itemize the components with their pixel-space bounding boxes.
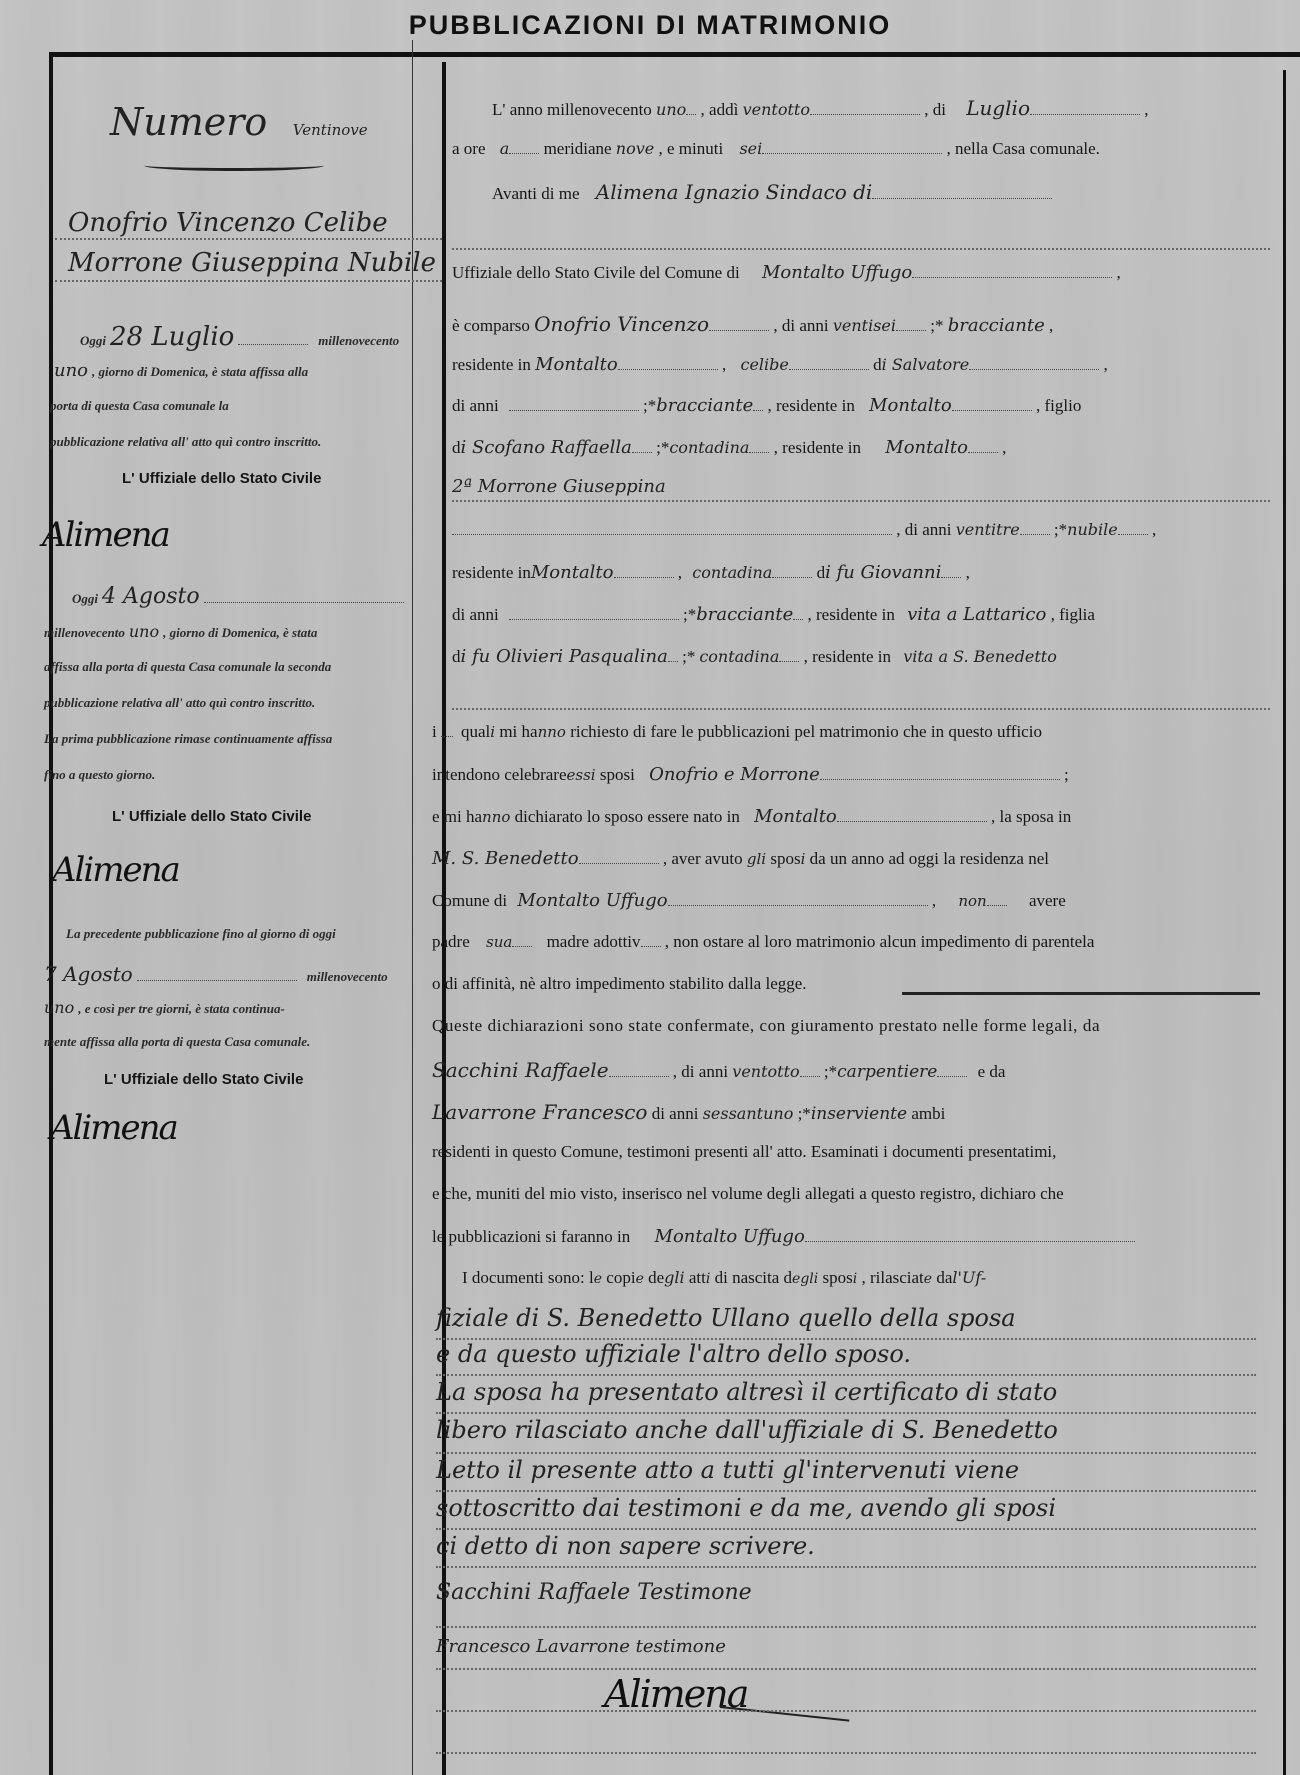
millenovecento-label: millenovecento: [307, 969, 388, 984]
right-border: [1283, 70, 1286, 1775]
row-date: L' anno millenovecento uno , addì ventot…: [492, 96, 1149, 120]
father-profession: bracciante: [656, 395, 753, 416]
bride-birthplace: M. S. Benedetto: [432, 848, 579, 869]
dotted-rule: [436, 1528, 1256, 1530]
comparso-label: è comparso: [452, 316, 530, 335]
handwritten-fill: e: [636, 1271, 644, 1287]
handwritten-fill: i: [706, 1271, 710, 1287]
row-groom-mother: di Scofano Raffaella ;*contadina , resid…: [452, 437, 1006, 458]
comune-value: Montalto Uffugo: [762, 262, 912, 283]
row-publications-place: le pubblicazioni si faranno in Montalto …: [432, 1226, 1135, 1247]
margin-line: [412, 40, 413, 1775]
dotted-rule: [436, 1710, 1256, 1712]
ore-label: a ore: [452, 139, 486, 158]
posting-text: , giorno di Domenica, è stata: [163, 625, 317, 640]
row-groom: è comparso Onofrio Vincenzo , di anni ve…: [452, 312, 1053, 336]
minutes-value: sei: [739, 139, 762, 158]
father-residence: Montalto: [869, 395, 952, 416]
dotted-rule: [436, 1668, 1256, 1670]
row-time: a ore a meridiane nove , e minuti sei , …: [452, 139, 1100, 159]
di-label: d: [452, 647, 461, 666]
row-avanti: Avanti di me Alimena Ignazio Sindaco di: [492, 180, 1052, 204]
publications-place: Montalto Uffugo: [655, 1226, 805, 1247]
witness-1-age: ventotto: [732, 1062, 799, 1081]
oggi-label: Oggi: [80, 333, 106, 348]
groom-profession: bracciante: [948, 315, 1045, 336]
minuti-label: , e minuti: [658, 139, 723, 158]
di-label: d: [873, 355, 882, 374]
row-residence-year: M. S. Benedetto , aver avuto gli sposi d…: [432, 848, 1049, 869]
meridiane-label: meridiane: [544, 139, 612, 158]
bride-name-value: 2ª Morrone Giuseppina: [452, 476, 666, 497]
numero-value: Ventinove: [293, 121, 368, 139]
bride-father: i fu Giovanni: [825, 562, 941, 583]
bride-mother-profession: contadina: [699, 647, 779, 666]
dotted-rule: [436, 1452, 1256, 1454]
punctuation: ,: [1116, 263, 1120, 282]
row-comune: Uffiziale dello Stato Civile del Comune …: [452, 262, 1121, 283]
left-border: [49, 52, 53, 1775]
row-documents: I documenti sono: le copie degli atti di…: [462, 1268, 986, 1288]
officer-label: L' Uffiziale dello Stato Civile: [122, 470, 321, 487]
comune-label: Uffiziale dello Stato Civile del Comune …: [452, 263, 740, 282]
witness-2-profession: inserviente: [811, 1104, 907, 1124]
row-affinity: o di affinità, nè altro impedimento stab…: [432, 974, 807, 994]
groom-name: Onofrio Vincenzo Celibe: [68, 208, 388, 238]
residente-label: , residente in: [807, 605, 894, 624]
final-posting-date: 7 Agosto: [44, 962, 133, 986]
posting-text: affissa alla porta di questa Casa comuna…: [44, 659, 331, 675]
officiant-name: Alimena Ignazio Sindaco di: [596, 180, 873, 204]
ore-value: a: [500, 139, 510, 158]
posting-text: fino a questo giorno.: [44, 767, 155, 783]
row-intend: intendono celebrareessi sposi Onofrio e …: [432, 764, 1069, 785]
figlio-label: , figlio: [1036, 396, 1081, 415]
hour-value: nove: [616, 139, 654, 158]
handwritten-fill: egli: [792, 1271, 818, 1287]
witness-1-signature: Sacchini Raffaele Testimone: [436, 1580, 752, 1605]
officer-label: L' Uffiziale dello Stato Civile: [112, 808, 311, 825]
mother-profession: contadina: [669, 438, 749, 457]
bride-name: Morrone Giuseppina Nubile: [68, 248, 436, 278]
handwritten-fill: i: [853, 1271, 857, 1287]
posting-text: , e così per tre giorni, è stata continu…: [78, 1001, 285, 1016]
residente-label: residente in: [452, 563, 531, 582]
second-posting-date: 4 Agosto: [102, 584, 200, 609]
anni-label: , di anni: [896, 520, 951, 539]
dotted-rule: [55, 238, 442, 240]
casa-comunale-label: , nella Casa comunale.: [946, 139, 1099, 158]
punctuation: ,: [1049, 316, 1053, 335]
dotted-rule: [436, 1752, 1256, 1754]
row-bride-residence: residente inMontalto , contadina di fu G…: [452, 562, 970, 583]
officer-signature: Alimena: [50, 1108, 177, 1148]
dotted-rule: [436, 1566, 1256, 1568]
residente-label: , residente in: [804, 647, 891, 666]
row-groom-residence: residente in Montalto , celibe di Salvat…: [452, 354, 1108, 375]
bride-mother-residence: vita a S. Benedetto: [903, 647, 1057, 666]
handwritten-fill: gli: [664, 1268, 684, 1287]
groom-residence: Montalto: [535, 354, 618, 375]
anni-label: , di anni: [773, 316, 828, 335]
closing-rule: [902, 992, 1260, 995]
dotted-rule: [55, 280, 442, 282]
handwritten-line: fiziale di S. Benedetto Ullano quello de…: [436, 1304, 1016, 1332]
dotted-rule: [436, 1626, 1256, 1628]
anno-value: uno: [656, 100, 686, 119]
row-declarations: Queste dichiarazioni sono state conferma…: [432, 1016, 1100, 1036]
row-birthplace: e mi hanno dichiarato lo sposo essere na…: [432, 806, 1071, 827]
dotted-fill: [238, 343, 308, 345]
oggi-label: Oggi: [72, 591, 98, 606]
row-bride-father: di anni ;*bracciante , residente in vita…: [452, 604, 1095, 625]
bride-father-residence: vita a Lattarico: [907, 604, 1046, 625]
residence-comune: Montalto Uffugo: [517, 890, 667, 911]
residente-label: , residente in: [774, 438, 861, 457]
officer-label: L' Uffiziale dello Stato Civile: [104, 1071, 303, 1088]
row-residents: residenti in questo Comune, testimoni pr…: [432, 1142, 1056, 1162]
handwritten-fill: e: [924, 1271, 932, 1287]
handwritten-fill: nno: [538, 723, 566, 741]
posting-text: pubblicazione relativa all' atto quì con…: [44, 695, 315, 711]
handwritten-fill: non: [958, 892, 986, 910]
handwritten-fill: i: [801, 850, 806, 868]
bride-profession: contadina: [692, 563, 772, 582]
bride-father-profession: bracciante: [696, 604, 793, 625]
anno-label: L' anno millenovecento: [492, 100, 652, 119]
row-bride-mother: di fu Olivieri Pasqualina ;*contadina , …: [452, 646, 1057, 667]
handwritten-line: Letto il presente atto a tutti gl'interv…: [436, 1456, 1019, 1484]
handwritten-fill: nno: [482, 808, 510, 826]
groom-status: celibe: [741, 355, 789, 374]
row-comune-residence: Comune di Montalto Uffugo , non avere: [432, 890, 1066, 911]
row-visto: e che, muniti del mio visto, inserisco n…: [432, 1184, 1064, 1204]
page-title: PUBBLICAZIONI DI MATRIMONIO: [0, 10, 1300, 41]
di-label: , di: [924, 100, 946, 119]
day-value: ventotto: [743, 100, 810, 119]
handwritten-line: e da questo uffiziale l'altro dello spos…: [436, 1340, 911, 1368]
final-posting-year: uno: [44, 998, 74, 1017]
handwritten-line: La sposa ha presentato altresì il certif…: [436, 1378, 1057, 1406]
figlia-label: , figlia: [1051, 605, 1095, 624]
dotted-rule: [436, 1374, 1256, 1376]
millenovecento-label: millenovecento: [318, 333, 399, 348]
dotted-rule: [452, 708, 1270, 710]
handwritten-fill: e: [594, 1271, 602, 1287]
first-posting-date: 28 Luglio: [110, 322, 234, 352]
dotted-fill: [204, 601, 404, 603]
month-value: Luglio: [966, 96, 1030, 120]
avanti-label: Avanti di me: [492, 184, 580, 203]
anni-label: di anni: [452, 605, 499, 624]
handwritten-fill: gli: [747, 850, 766, 868]
dotted-fill: [137, 979, 297, 981]
posting-text: pubblicazione relativa all' atto quì con…: [50, 434, 321, 450]
handwritten-fill: sua: [486, 933, 512, 951]
dotted-rule: [452, 500, 1270, 502]
residente-label: residente in: [452, 355, 531, 374]
anni-label: di anni: [452, 396, 499, 415]
di-label: d: [817, 563, 826, 582]
handwritten-fill: essi: [567, 766, 596, 784]
witness-1-profession: carpentiere: [837, 1062, 937, 1082]
row-groom-father: di anni ;*bracciante , residente in Mont…: [452, 395, 1081, 416]
groom-mother: i Scofano Raffaella: [461, 437, 632, 458]
millenovecento-label: millenovecento: [44, 625, 125, 640]
posting-text: porta di questa Casa comunale la: [50, 398, 229, 414]
dotted-rule: [436, 1490, 1256, 1492]
bride-mother: i fu Olivieri Pasqualina: [461, 646, 668, 667]
officer-signature: Alimena: [42, 515, 169, 555]
posting-text: , giorno di Domenica, è stata affissa al…: [92, 364, 308, 379]
bride-status: nubile: [1067, 520, 1118, 539]
punctuation: ,: [1152, 520, 1156, 539]
mother-residence: Montalto: [885, 437, 968, 458]
residente-label: , residente in: [767, 396, 854, 415]
punctuation: ,: [1144, 100, 1148, 119]
witness-2-name: Lavarrone Francesco: [432, 1100, 647, 1124]
witness-1-name: Sacchini Raffaele: [432, 1058, 609, 1082]
groom-name-value: Onofrio Vincenzo: [534, 312, 709, 336]
handwritten-fill: i: [490, 723, 495, 741]
addi-label: , addì: [701, 100, 739, 119]
groom-birthplace: Montalto: [754, 806, 837, 827]
first-posting-year: uno: [54, 360, 88, 381]
row-bride-age: , di anni ventitre ;*nubile ,: [452, 520, 1156, 540]
officer-signature: Alimena: [52, 850, 179, 890]
bride-age: ventitre: [956, 520, 1020, 539]
row-impediment: padre sua madre adottiv , non ostare al …: [432, 932, 1094, 952]
handwritten-fill: l'Uf-: [952, 1268, 986, 1287]
groom-age: ventisei: [833, 316, 896, 335]
witness-2-signature: Francesco Lavarrone testimone: [436, 1636, 726, 1657]
posting-text: mente affissa alla porta di questa Casa …: [44, 1034, 310, 1050]
handwritten-line: sottoscritto dai testimoni e da me, aven…: [436, 1494, 1056, 1522]
di-label: d: [452, 438, 461, 457]
top-rule: [52, 52, 1300, 57]
punctuation: ,: [966, 563, 970, 582]
posting-text: La prima pubblicazione rimase continuame…: [44, 731, 332, 747]
dotted-rule: [452, 248, 1270, 250]
numero-flourish: [144, 160, 324, 171]
handwritten-line: libero rilasciato anche dall'uffiziale d…: [436, 1416, 1058, 1444]
row-witness-1: Sacchini Raffaele , di anni ventotto ;*c…: [432, 1058, 1005, 1082]
posting-text: La precedente pubblicazione fino al gior…: [66, 926, 336, 942]
spouses-names: Onofrio e Morrone: [649, 764, 820, 785]
witness-2-age: sessantuno: [703, 1104, 794, 1123]
dotted-rule: [436, 1412, 1256, 1414]
handwritten-line: ci detto di non sapere scrivere.: [436, 1532, 815, 1560]
row-witness-2: Lavarrone Francesco di anni sessantuno ;…: [432, 1100, 945, 1124]
bride-residence: Montalto: [531, 562, 614, 583]
row-bride-name: 2ª Morrone Giuseppina: [452, 476, 666, 497]
numero-label: Numero: [110, 100, 267, 144]
punctuation: ,: [1002, 438, 1006, 457]
groom-father: i Salvatore: [882, 355, 970, 374]
punctuation: ,: [1103, 355, 1107, 374]
row-request: i quali mi hanno richiesto di fare le pu…: [432, 722, 1042, 742]
second-posting-year: uno: [129, 622, 159, 641]
